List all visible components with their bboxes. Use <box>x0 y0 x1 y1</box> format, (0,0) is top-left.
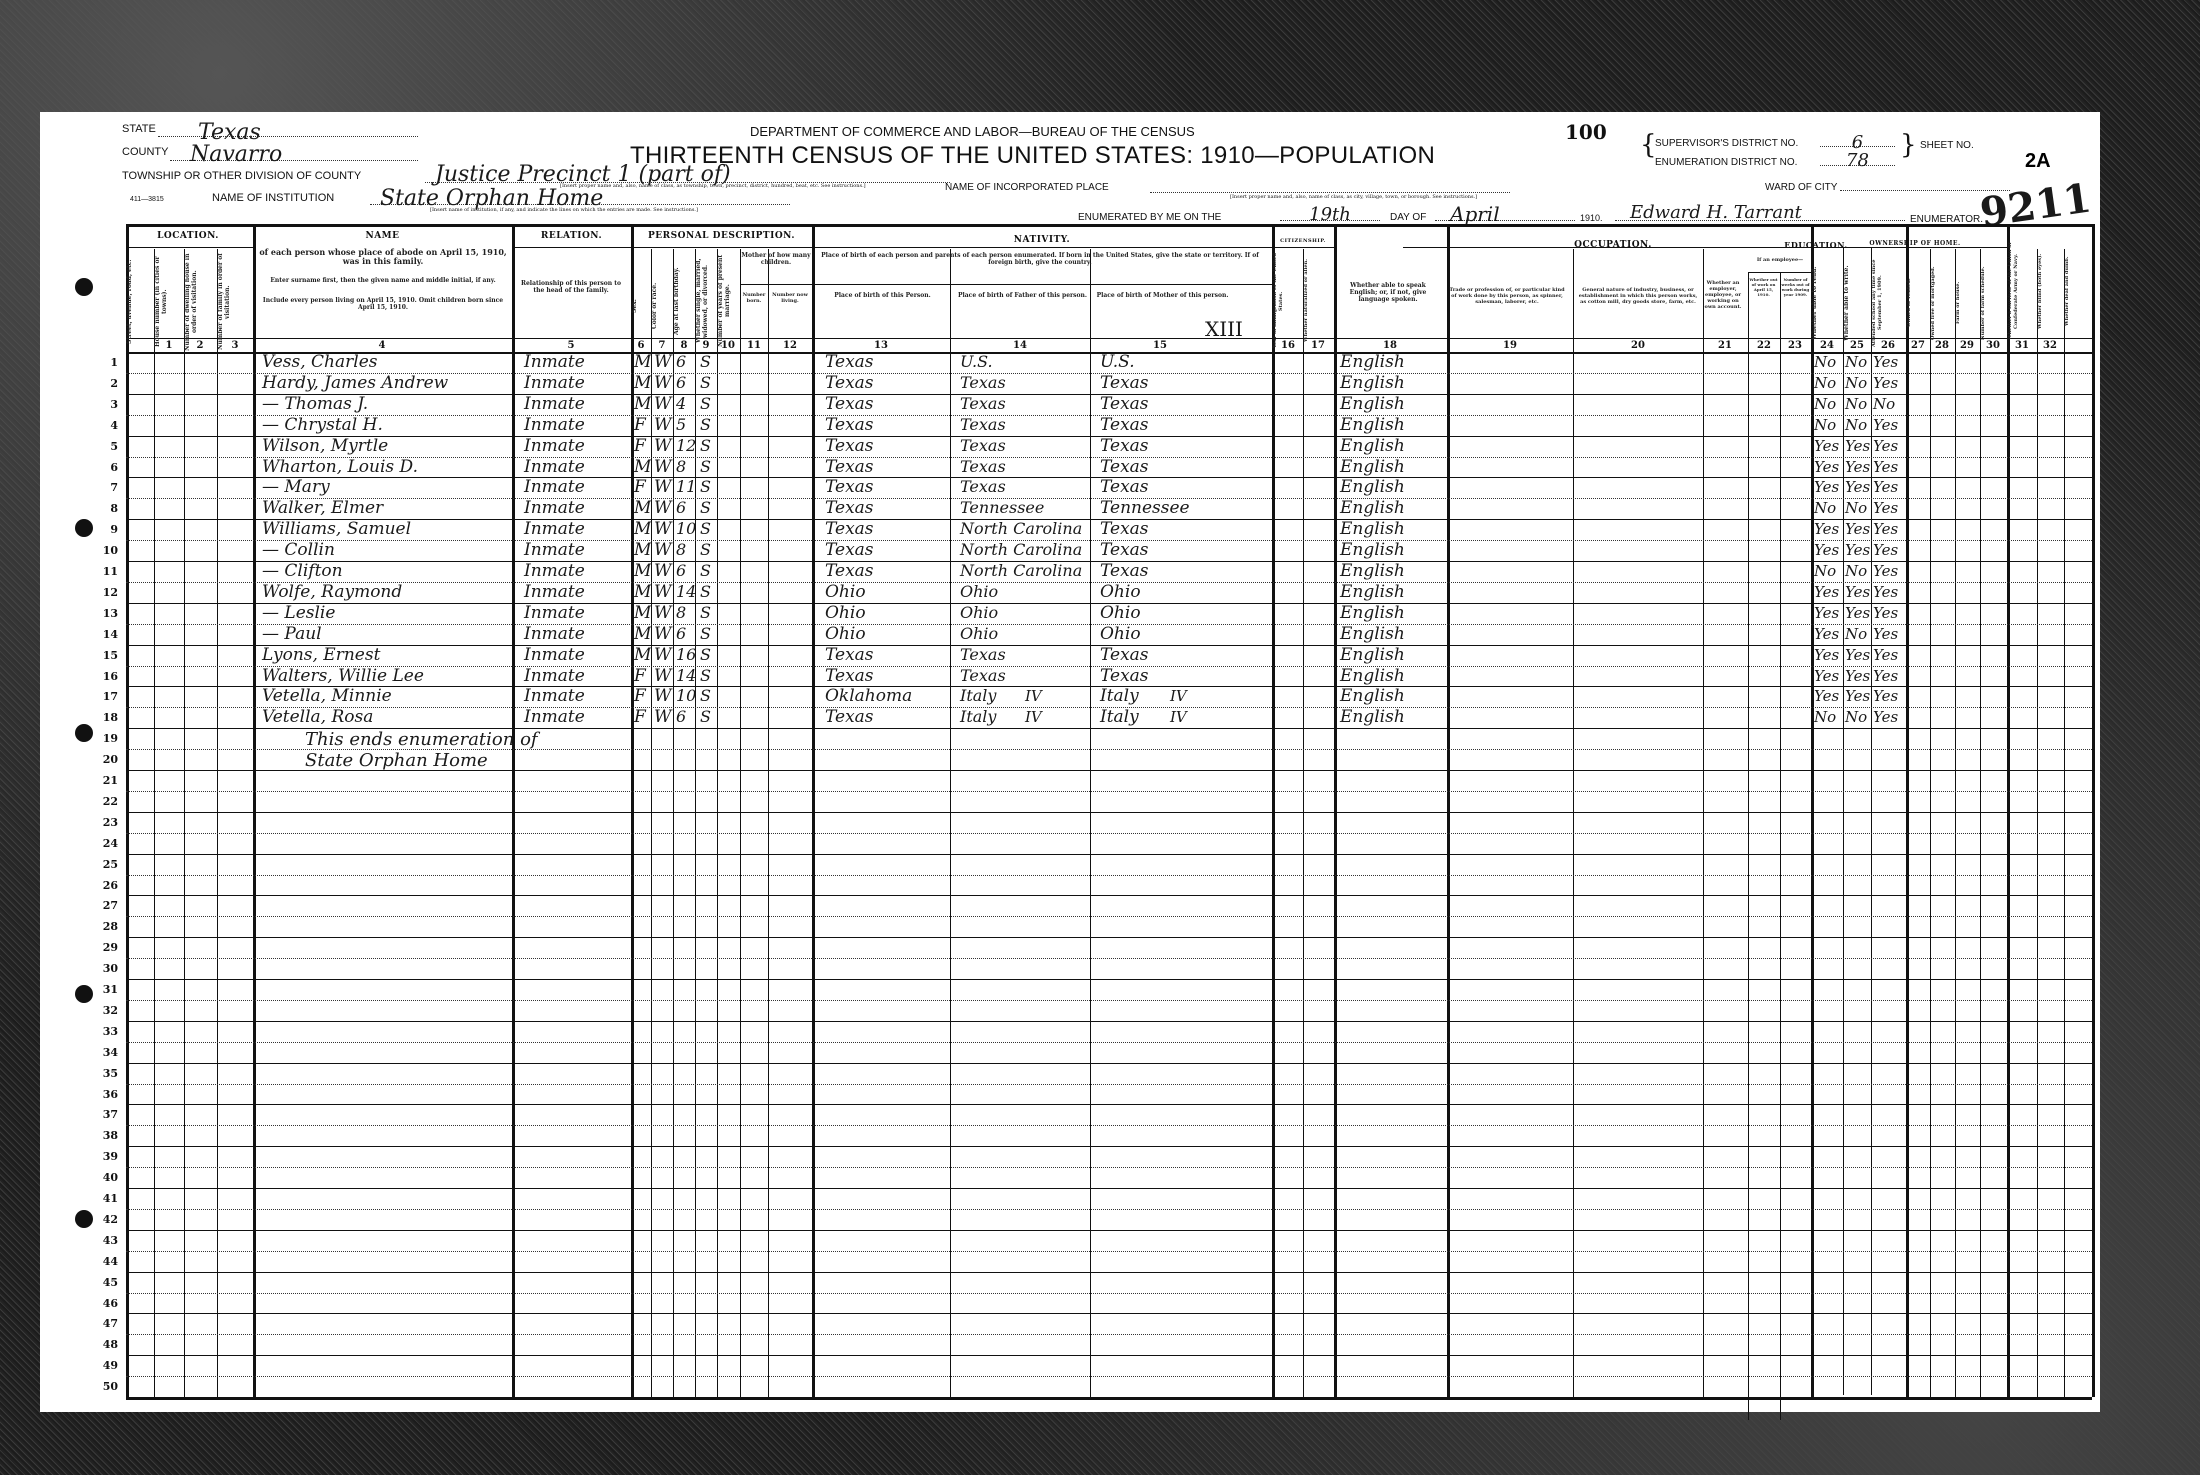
attended-school: Yes <box>1873 666 1898 686</box>
birthplace-mother: Ohio <box>1100 624 1141 644</box>
hdr-trade: Trade or profession of, or particular ki… <box>1447 287 1567 305</box>
language: English <box>1340 436 1405 456</box>
person-name: — Clifton <box>262 561 343 581</box>
row-rule <box>126 1313 2092 1314</box>
table-row: Wharton, Louis D.InmateMW8STexasTexasTex… <box>40 457 2100 478</box>
sex: M <box>634 540 651 560</box>
can-read: No <box>1814 707 1836 727</box>
sex: F <box>634 707 646 727</box>
column-number: 12 <box>778 340 802 351</box>
column-number: 21 <box>1713 340 1737 351</box>
column-number: 3 <box>223 340 247 351</box>
can-read: Yes <box>1814 686 1839 706</box>
race: W <box>654 645 671 665</box>
birthplace-mother: Texas <box>1100 561 1149 581</box>
group-nativity: NATIVITY. <box>812 235 1272 245</box>
hdr-owned-free: Owned free or mortgaged. <box>1930 257 1955 349</box>
birthplace-person: Ohio <box>825 582 866 602</box>
birthplace-father: North Carolina <box>960 519 1082 539</box>
column-number: 23 <box>1783 340 1807 351</box>
italy-code-mother: IV <box>1170 707 1187 727</box>
line-number: 38 <box>88 1129 118 1142</box>
column-number: 1 <box>157 340 181 351</box>
birthplace-person: Texas <box>825 666 874 686</box>
table-row: Wilson, MyrtleInmateFW12STexasTexasTexas… <box>40 436 2100 457</box>
race: W <box>654 582 671 602</box>
attended-school: Yes <box>1873 582 1898 602</box>
relation: Inmate <box>524 477 585 497</box>
person-name: — Collin <box>262 540 335 560</box>
hdr-deaf: Whether deaf and dumb. <box>2064 232 2092 350</box>
relation: Inmate <box>524 373 585 393</box>
birthplace-mother: Ohio <box>1100 603 1141 623</box>
attended-school: Yes <box>1873 436 1898 456</box>
language: English <box>1340 540 1405 560</box>
sex: M <box>634 519 651 539</box>
can-write: Yes <box>1845 645 1870 665</box>
birthplace-mother: Texas <box>1100 457 1149 477</box>
person-name: Lyons, Ernest <box>262 645 380 665</box>
group-education: EDUCATION. <box>1771 240 1861 250</box>
birthplace-mother: Texas <box>1100 540 1149 560</box>
line-number: 41 <box>88 1192 118 1205</box>
table-row: — Thomas J.InmateMW4STexasTexasTexasEngl… <box>40 394 2100 415</box>
hdr-birth-person: Place of birth of this Person. <box>815 292 950 299</box>
age: 11 <box>676 477 696 497</box>
language: English <box>1340 415 1405 435</box>
column-number: 29 <box>1955 340 1979 351</box>
age: 8 <box>676 457 686 477</box>
column-number: 5 <box>559 340 583 351</box>
column-number: 18 <box>1378 340 1402 351</box>
group-header-rule <box>1272 247 1334 248</box>
person-name: Walters, Willie Lee <box>262 666 424 686</box>
marital-status: S <box>700 457 711 477</box>
birthplace-mother: Ohio <box>1100 582 1141 602</box>
row-rule <box>126 1021 2092 1022</box>
person-name: — Chrystal H. <box>262 415 383 435</box>
hdr-year-immigration: Year of immigration to the United States… <box>1272 252 1303 350</box>
column-number: 7 <box>650 340 674 351</box>
line-number: 36 <box>88 1088 118 1101</box>
row-rule-dotted <box>126 1000 2092 1001</box>
birthplace-person: Texas <box>825 352 874 372</box>
line-number: 1 <box>88 356 118 369</box>
can-write: No <box>1845 707 1867 727</box>
column-number: 27 <box>1906 340 1930 351</box>
column-number: 14 <box>1008 340 1032 351</box>
language: English <box>1340 561 1405 581</box>
can-read: Yes <box>1814 645 1839 665</box>
hdr-survivor: Whether a survivor of the Union or Confe… <box>2007 232 2037 350</box>
can-write: No <box>1845 624 1867 644</box>
hdr-family-number: Number of family in order of visitation. <box>217 252 253 352</box>
race: W <box>654 373 671 393</box>
row-rule <box>126 937 2092 938</box>
table-border-top <box>126 224 2092 227</box>
age: 6 <box>676 498 686 518</box>
marital-status: S <box>700 666 711 686</box>
line-number: 13 <box>88 607 118 620</box>
table-row: — CliftonInmateMW6STexasNorth CarolinaTe… <box>40 561 2100 582</box>
birthplace-person: Texas <box>825 373 874 393</box>
group-header-rule <box>512 247 631 248</box>
line-number: 4 <box>88 419 118 432</box>
sex: F <box>634 686 646 706</box>
marital-status: S <box>700 519 711 539</box>
row-rule-dotted <box>126 1125 2092 1126</box>
hdr-dwelling-number: Number of dwelling house in order of vis… <box>184 252 217 352</box>
line-number: 32 <box>88 1004 118 1017</box>
birthplace-father: U.S. <box>960 352 993 372</box>
age: 8 <box>676 603 686 623</box>
birthplace-mother: Texas <box>1100 666 1149 686</box>
marital-status: S <box>700 582 711 602</box>
birthplace-person: Texas <box>825 561 874 581</box>
row-rule-dotted <box>126 791 2092 792</box>
group-header-rule <box>812 247 1272 248</box>
line-number: 34 <box>88 1046 118 1059</box>
table-row: Hardy, James AndrewInmateMW6STexasTexasT… <box>40 373 2100 394</box>
language: English <box>1340 394 1405 414</box>
row-rule <box>126 1146 2092 1147</box>
can-write: Yes <box>1845 666 1870 686</box>
line-number: 3 <box>88 398 118 411</box>
can-write: Yes <box>1845 686 1870 706</box>
language: English <box>1340 582 1405 602</box>
birthplace-father: Ohio <box>960 624 998 644</box>
relation: Inmate <box>524 519 585 539</box>
attended-school: Yes <box>1873 561 1898 581</box>
hdr-name-desc2: Enter surname first, then the given name… <box>258 277 508 284</box>
attended-school: Yes <box>1873 477 1898 497</box>
table-row: Walker, ElmerInmateMW6STexasTennesseeTen… <box>40 498 2100 519</box>
birthplace-father: Italy <box>960 707 996 727</box>
column-number: 28 <box>1930 340 1954 351</box>
hdr-write: Whether able to write. <box>1843 257 1871 349</box>
birthplace-person: Oklahoma <box>825 686 912 706</box>
language: English <box>1340 666 1405 686</box>
row-rule <box>126 1272 2092 1273</box>
relation: Inmate <box>524 540 585 560</box>
race: W <box>654 540 671 560</box>
race: W <box>654 666 671 686</box>
birthplace-mother: Italy <box>1100 686 1139 706</box>
birthplace-father: Texas <box>960 436 1006 456</box>
table-row: — LeslieInmateMW8SOhioOhioOhioEnglishYes… <box>40 603 2100 624</box>
can-read: Yes <box>1814 519 1839 539</box>
relation: Inmate <box>524 686 585 706</box>
person-name: — Paul <box>262 624 322 644</box>
birthplace-father: Texas <box>960 477 1006 497</box>
can-write: Yes <box>1845 457 1870 477</box>
birthplace-person: Ohio <box>825 624 866 644</box>
sex: M <box>634 624 651 644</box>
can-read: Yes <box>1814 457 1839 477</box>
relation: Inmate <box>524 666 585 686</box>
table-row: Williams, SamuelInmateMW10STexasNorth Ca… <box>40 519 2100 540</box>
line-number: 15 <box>88 649 118 662</box>
birthplace-father: Ohio <box>960 603 998 623</box>
marital-status: S <box>700 498 711 518</box>
table-row: — CollinInmateMW8STexasNorth CarolinaTex… <box>40 540 2100 561</box>
table-row: — Chrystal H.InmateFW5STexasTexasTexasEn… <box>40 415 2100 436</box>
row-rule-dotted <box>126 1293 2092 1294</box>
race: W <box>654 436 671 456</box>
sex: M <box>634 373 651 393</box>
marital-status: S <box>700 415 711 435</box>
birthplace-father: North Carolina <box>960 561 1082 581</box>
race: W <box>654 394 671 414</box>
birthplace-father: Texas <box>960 394 1006 414</box>
hdr-naturalized: Whether naturalized or alien. <box>1303 252 1334 350</box>
hdr-industry: General nature of industry, business, or… <box>1577 287 1699 305</box>
punch-hole <box>75 985 93 1003</box>
italy-code-father: IV <box>1025 707 1042 727</box>
line-number: 23 <box>88 816 118 829</box>
attended-school: Yes <box>1873 352 1898 372</box>
can-write: Yes <box>1845 519 1870 539</box>
column-number: 15 <box>1148 340 1172 351</box>
can-write: No <box>1845 394 1867 414</box>
birthplace-father: North Carolina <box>960 540 1082 560</box>
attended-school: Yes <box>1873 645 1898 665</box>
age: 8 <box>676 540 686 560</box>
line-number: 16 <box>88 670 118 683</box>
relation: Inmate <box>524 582 585 602</box>
birthplace-mother: U.S. <box>1100 352 1135 372</box>
sex: M <box>634 645 651 665</box>
line-number: 7 <box>88 481 118 494</box>
marital-status: S <box>700 686 711 706</box>
birthplace-person: Texas <box>825 645 874 665</box>
language: English <box>1340 686 1405 706</box>
attended-school: Yes <box>1873 498 1898 518</box>
birthplace-person: Texas <box>825 540 874 560</box>
marital-status: S <box>700 373 711 393</box>
table-row: Wolfe, RaymondInmateMW14SOhioOhioOhioEng… <box>40 582 2100 603</box>
age: 14 <box>676 666 696 686</box>
birthplace-mother: Tennessee <box>1100 498 1190 518</box>
birthplace-person: Texas <box>825 477 874 497</box>
column-number: 11 <box>742 340 766 351</box>
language: English <box>1340 352 1405 372</box>
table-border-bottom <box>126 1397 2092 1400</box>
line-number: 17 <box>88 690 118 703</box>
column-number: 9 <box>694 340 718 351</box>
line-number: 18 <box>88 711 118 724</box>
hdr-number-born: Number born. <box>740 292 768 304</box>
person-name: — Thomas J. <box>262 394 368 414</box>
line-number: 29 <box>88 941 118 954</box>
line-number: 37 <box>88 1108 118 1121</box>
can-write: No <box>1845 352 1867 372</box>
can-write: No <box>1845 561 1867 581</box>
hdr-weeks-out: Number of weeks out of work during year … <box>1780 277 1811 297</box>
sex: M <box>634 498 651 518</box>
can-read: No <box>1814 352 1836 372</box>
person-name: Wharton, Louis D. <box>262 457 418 477</box>
can-read: Yes <box>1814 436 1839 456</box>
group-header-rule <box>126 247 253 248</box>
line-number: 50 <box>88 1380 118 1393</box>
marital-status: S <box>700 624 711 644</box>
hdr-color: Color or race. <box>651 262 673 350</box>
line-number: 28 <box>88 920 118 933</box>
row-rule <box>126 895 2092 896</box>
hdr-birth-mother: Place of birth of Mother of this person. <box>1095 292 1230 299</box>
column-number: 8 <box>672 340 696 351</box>
person-name: Williams, Samuel <box>262 519 411 539</box>
group-ownership: OWNERSHIP OF HOME. <box>1867 240 1963 247</box>
closing-note-line2: State Orphan Home <box>305 750 488 771</box>
hdr-nativity-desc: Place of birth of each person and parent… <box>820 252 1260 266</box>
birthplace-mother: Texas <box>1100 477 1149 497</box>
age: 10 <box>676 686 696 706</box>
can-write: Yes <box>1845 582 1870 602</box>
group-citizenship: CITIZENSHIP. <box>1272 238 1334 244</box>
can-write: Yes <box>1845 436 1870 456</box>
relation: Inmate <box>524 561 585 581</box>
line-number: 44 <box>88 1255 118 1268</box>
hdr-sex: Sex. <box>631 262 651 350</box>
hdr-owned-rented: Owned or rented. <box>1906 257 1930 349</box>
line-number: 45 <box>88 1276 118 1289</box>
hdr-farm-house: Farm or house. <box>1955 257 1980 349</box>
race: W <box>654 352 671 372</box>
relation: Inmate <box>524 394 585 414</box>
line-number: 43 <box>88 1234 118 1247</box>
relation: Inmate <box>524 645 585 665</box>
punch-hole <box>75 1210 93 1228</box>
birthplace-mother: Texas <box>1100 645 1149 665</box>
table-row: — PaulInmateMW6SOhioOhioOhioEnglishYesNo… <box>40 624 2100 645</box>
line-number: 30 <box>88 962 118 975</box>
relation: Inmate <box>524 624 585 644</box>
can-write: Yes <box>1845 477 1870 497</box>
group-location: LOCATION. <box>126 231 250 241</box>
table-row: — MaryInmateFW11STexasTexasTexasEnglishY… <box>40 477 2100 498</box>
can-read: No <box>1814 373 1836 393</box>
nativity-sub-rule <box>812 284 1272 285</box>
relation: Inmate <box>524 352 585 372</box>
can-read: No <box>1814 498 1836 518</box>
can-write: No <box>1845 415 1867 435</box>
marital-status: S <box>700 603 711 623</box>
language: English <box>1340 707 1405 727</box>
line-number: 21 <box>88 774 118 787</box>
birthplace-father: Texas <box>960 415 1006 435</box>
age: 14 <box>676 582 696 602</box>
column-number: 25 <box>1845 340 1869 351</box>
line-number: 27 <box>88 899 118 912</box>
age: 6 <box>676 561 686 581</box>
marital-status: S <box>700 394 711 414</box>
closing-note-line1: This ends enumeration of <box>305 729 538 750</box>
birthplace-mother: Italy <box>1100 707 1139 727</box>
line-number: 49 <box>88 1359 118 1372</box>
birthplace-father: Texas <box>960 666 1006 686</box>
marital-status: S <box>700 645 711 665</box>
birthplace-mother: Texas <box>1100 394 1149 414</box>
can-read: No <box>1814 561 1836 581</box>
person-name: — Mary <box>262 477 330 497</box>
line-number: 10 <box>88 544 118 557</box>
italy-code-mother: IV <box>1170 686 1187 706</box>
census-sheet: STATE Texas COUNTY Navarro TOWNSHIP OR O… <box>40 112 2100 1412</box>
birthplace-father: Ohio <box>960 582 998 602</box>
row-rule-dotted <box>126 1084 2092 1085</box>
row-rule-dotted <box>126 1209 2092 1210</box>
age: 6 <box>676 707 686 727</box>
person-name: Wilson, Myrtle <box>262 436 388 456</box>
sex: M <box>634 394 651 414</box>
group-relation: RELATION. <box>512 231 631 241</box>
column-number: 24 <box>1815 340 1839 351</box>
line-number: 39 <box>88 1150 118 1163</box>
hdr-age: Age at last birthday. <box>673 252 695 350</box>
italy-code-father: IV <box>1025 686 1042 706</box>
hdr-if-employee: If an employee— <box>1748 257 1812 263</box>
language: English <box>1340 645 1405 665</box>
attended-school: No <box>1873 394 1895 414</box>
column-number: 16 <box>1276 340 1300 351</box>
line-number: 48 <box>88 1338 118 1351</box>
marital-status: S <box>700 477 711 497</box>
race: W <box>654 415 671 435</box>
row-rule <box>126 812 2092 813</box>
row-rule-dotted <box>126 1167 2092 1168</box>
birthplace-person: Ohio <box>825 603 866 623</box>
relation: Inmate <box>524 498 585 518</box>
line-number: 8 <box>88 502 118 515</box>
birthplace-person: Texas <box>825 498 874 518</box>
race: W <box>654 686 671 706</box>
race: W <box>654 707 671 727</box>
column-number: 4 <box>370 340 394 351</box>
birthplace-person: Texas <box>825 415 874 435</box>
attended-school: Yes <box>1873 624 1898 644</box>
attended-school: Yes <box>1873 603 1898 623</box>
can-write: Yes <box>1845 540 1870 560</box>
line-number: 11 <box>88 565 118 578</box>
column-number: 13 <box>869 340 893 351</box>
race: W <box>654 519 671 539</box>
attended-school: Yes <box>1873 457 1898 477</box>
age: 4 <box>676 394 686 414</box>
row-rule-dotted <box>126 1334 2092 1335</box>
birthplace-father: Texas <box>960 373 1006 393</box>
hdr-street: Street, avenue, road, etc. <box>126 252 154 352</box>
row-rule <box>126 979 2092 980</box>
marital-status: S <box>700 352 711 372</box>
hdr-marital: Whether single, married, widowed, or div… <box>695 252 717 350</box>
line-number: 40 <box>88 1171 118 1184</box>
column-number: 2 <box>188 340 212 351</box>
mother-sub-rule <box>740 284 812 285</box>
birthplace-father: Tennessee <box>960 498 1044 518</box>
group-personal: PERSONAL DESCRIPTION. <box>631 231 812 241</box>
line-number: 22 <box>88 795 118 808</box>
race: W <box>654 624 671 644</box>
line-number: 6 <box>88 461 118 474</box>
punch-hole <box>75 519 93 537</box>
age: 12 <box>676 436 696 456</box>
col14-mark: XIII <box>1205 317 1243 341</box>
marital-status: S <box>700 540 711 560</box>
person-name: Hardy, James Andrew <box>262 373 448 393</box>
race: W <box>654 603 671 623</box>
